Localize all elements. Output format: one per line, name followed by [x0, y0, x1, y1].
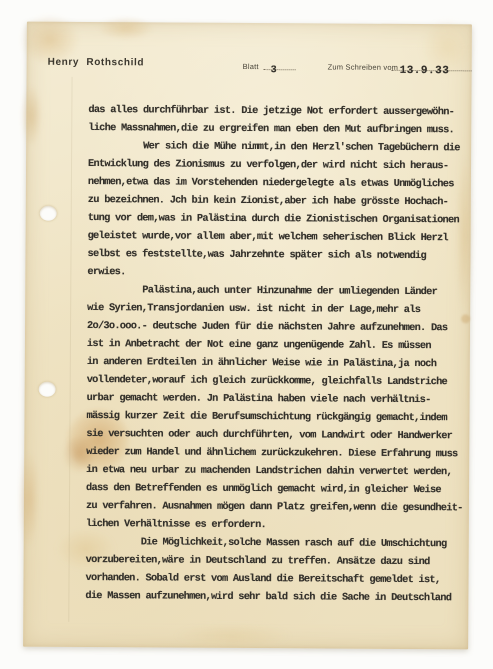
typed-line: zu verfahren. Ausnahmen mögen dann Platz…	[86, 497, 464, 517]
typed-line: sie versuchten oder auch durchführten, v…	[86, 425, 464, 445]
stain	[18, 450, 41, 550]
document-scan: Henry Rothschild Blatt 3 Zum Schreiben v…	[0, 0, 493, 669]
typed-line: Entwicklung des Zionismus zu verfolgen,d…	[88, 155, 466, 175]
sheet-number-dotted-line	[264, 61, 296, 70]
letter-date: 13.9.33	[400, 65, 450, 77]
letterhead-name: Henry Rothschild	[48, 57, 144, 69]
typed-line: wie Syrien,Transjordanien usw. ist nicht…	[87, 299, 465, 319]
typed-line: mässig kurzer Zeit die Berufsumschichtun…	[86, 407, 464, 427]
typed-line: zu bezeichnen. Jch bin kein Zionist,aber…	[88, 191, 466, 211]
typed-line: in anderen Erdteilen in ähnlicher Weise …	[87, 353, 465, 373]
typed-line: liche Massnahmen,die zu ergreifen man eb…	[88, 119, 466, 139]
typed-line: Die Möglichkeit,solche Massen rasch auf …	[86, 533, 464, 553]
stain	[97, 16, 155, 40]
typed-line: vorhanden. Sobald erst vom Ausland die B…	[85, 569, 463, 589]
typed-line: 2o/3o.ooo.- deutsche Juden für die nächs…	[87, 317, 465, 337]
typed-line: dass den Betreffenden es unmöglich gemac…	[86, 479, 464, 499]
typed-line: in etwa neu urbar zu machenden Landstric…	[86, 461, 464, 481]
typed-line: geleistet wurde,vor allem aber,mit welch…	[88, 227, 466, 247]
typed-line: vorzubereiten,wäre in Deutschland zu tre…	[86, 551, 464, 571]
typed-line: das alles durchführbar ist. Die jetzige …	[88, 101, 466, 121]
typed-line: lichen Verhältnisse es erfordern.	[86, 515, 464, 535]
typed-line: urbar gemacht werden. Jn Palästina haben…	[87, 389, 465, 409]
typed-line: Wer sich die Mühe nimmt,in den Herzl'sch…	[88, 137, 466, 157]
paper-crease	[68, 77, 72, 622]
typed-line: tung vor dem,was in Palästina durch die …	[88, 209, 466, 229]
typed-line: selbst es feststellte,was Jahrzehnte spä…	[87, 245, 465, 265]
stain	[173, 623, 293, 650]
typed-line: die Massen aufzunehmen,wird sehr bald si…	[85, 587, 463, 607]
sheet-label: Blatt	[243, 62, 259, 71]
letter-page: Henry Rothschild Blatt 3 Zum Schreiben v…	[23, 22, 472, 650]
typed-line: erwies.	[87, 263, 465, 283]
sheet-number: 3	[271, 65, 277, 76]
typed-line: nehmen,etwa das im Vorstehenden niederge…	[88, 173, 466, 193]
typed-line: Palästina,auch unter Hinzunahme der umli…	[87, 281, 465, 301]
hole-punch	[40, 206, 57, 221]
date-label: Zum Schreiben vom	[328, 62, 399, 71]
typed-line: wieder zum Handel und ähnlichem zurückzu…	[86, 443, 464, 463]
stain	[20, 84, 42, 148]
hole-punch	[39, 382, 56, 397]
typed-line: ist in Anbetracht der Not eine ganz unge…	[87, 335, 465, 355]
typed-body: das alles durchführbar ist. Die jetzige …	[85, 101, 466, 607]
typed-line: vollendeter,worauf ich gleich zurückkomm…	[87, 371, 465, 391]
